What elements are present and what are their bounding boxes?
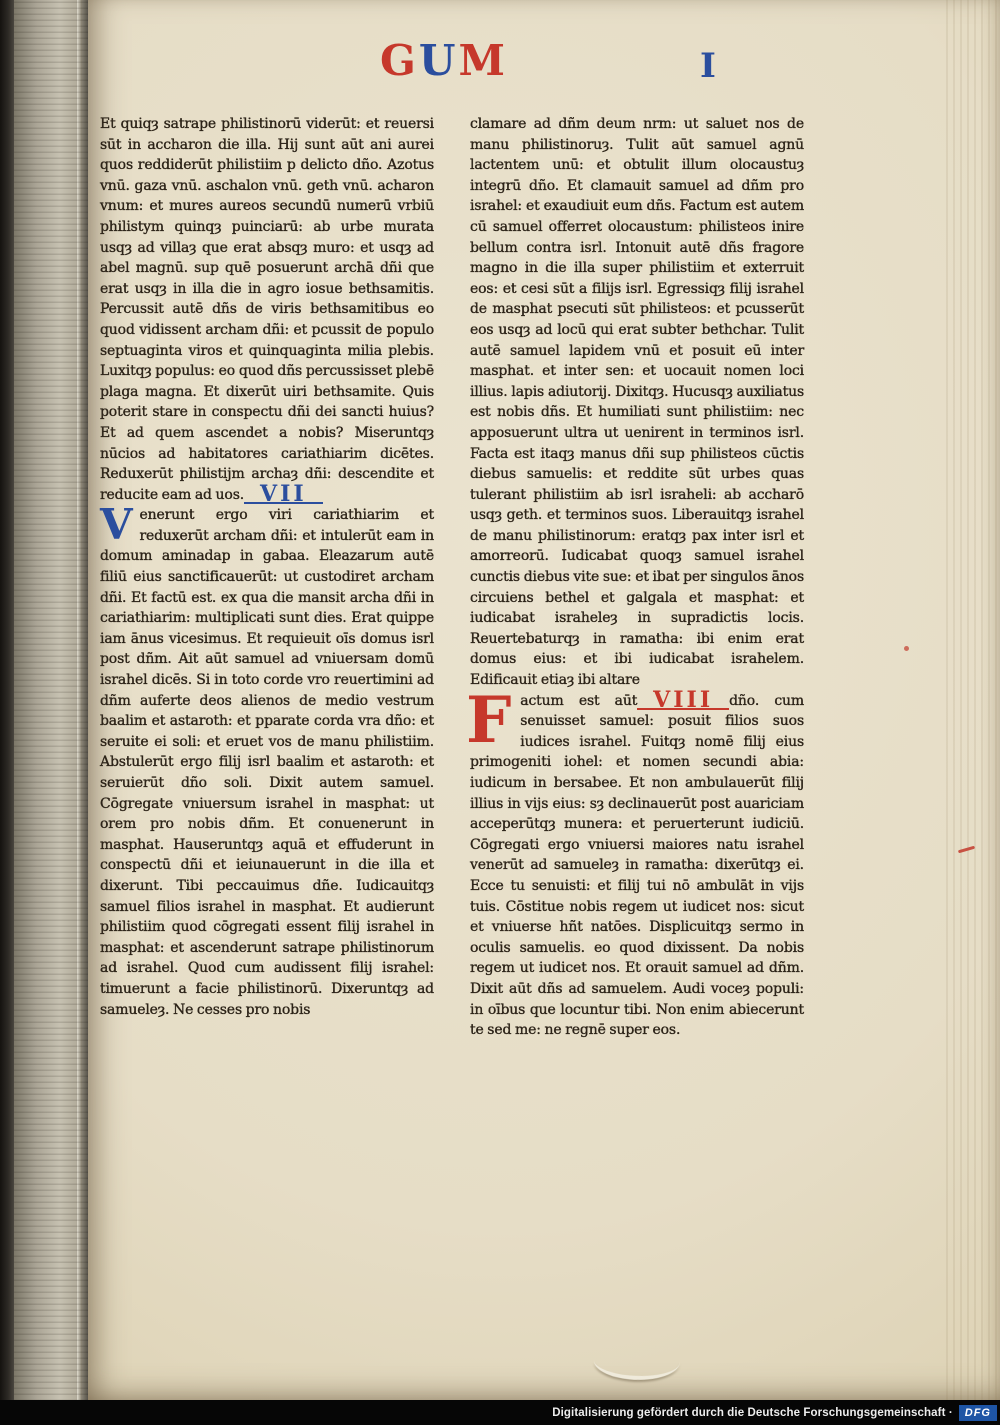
left-column-paragraph: Et quiqȝ satrape philistinorū viderūt: e… bbox=[100, 114, 434, 505]
parchment-page: GUM I Et quiqȝ satrape philistinorū vide… bbox=[88, 0, 1000, 1400]
running-title: GUM bbox=[380, 40, 508, 82]
right-text-column: clamare ad dñm deum nrm: ut saluet nos d… bbox=[470, 114, 804, 1041]
body-text: enerunt ergo viri cariathiarim et reduxe… bbox=[100, 507, 434, 1017]
chapter-7-paragraph: Venerunt ergo viri cariathiarim et redux… bbox=[100, 505, 434, 1020]
page-edge-stack bbox=[946, 0, 1000, 1400]
bookmark-thread bbox=[593, 1338, 682, 1383]
body-text: Et quiqȝ satrape philistinorū viderūt: e… bbox=[100, 116, 434, 503]
digitization-credit-bar: Digitalisierung gefördert durch die Deut… bbox=[0, 1400, 1000, 1425]
body-text: dño. bbox=[729, 693, 759, 709]
running-title-letter: U bbox=[419, 36, 459, 85]
chapter-8-paragraph: Factum est aūtVIIIdño. cum senuisset sam… bbox=[470, 691, 804, 1041]
body-text: clamare ad dñm deum nrm: ut saluet nos d… bbox=[470, 116, 804, 688]
left-text-column: Et quiqȝ satrape philistinorū viderūt: e… bbox=[100, 114, 434, 1020]
body-text: cum senuisset samuel: posuit filios suos… bbox=[470, 693, 804, 1039]
dfg-logo: DFG bbox=[959, 1405, 997, 1421]
chapter-8-initial: F bbox=[466, 691, 520, 749]
running-title-letter: M bbox=[459, 36, 509, 85]
book-binding-edge bbox=[0, 0, 14, 1425]
credit-text: Digitalisierung gefördert durch die Deut… bbox=[552, 1407, 953, 1419]
manuscript-scan: GUM I Et quiqȝ satrape philistinorū vide… bbox=[0, 0, 1000, 1425]
body-text: actum est aūt bbox=[520, 693, 637, 709]
chapter-8-numeral: VIII bbox=[637, 693, 729, 710]
right-column-paragraph: clamare ad dñm deum nrm: ut saluet nos d… bbox=[470, 114, 804, 691]
chapter-7-initial: V bbox=[100, 505, 139, 543]
running-title-letter: G bbox=[380, 36, 419, 85]
facing-page-curl bbox=[14, 0, 88, 1425]
marginal-pen-dot bbox=[904, 646, 909, 651]
folio-numeral: I bbox=[700, 46, 716, 86]
chapter-7-numeral: VII bbox=[244, 487, 323, 504]
